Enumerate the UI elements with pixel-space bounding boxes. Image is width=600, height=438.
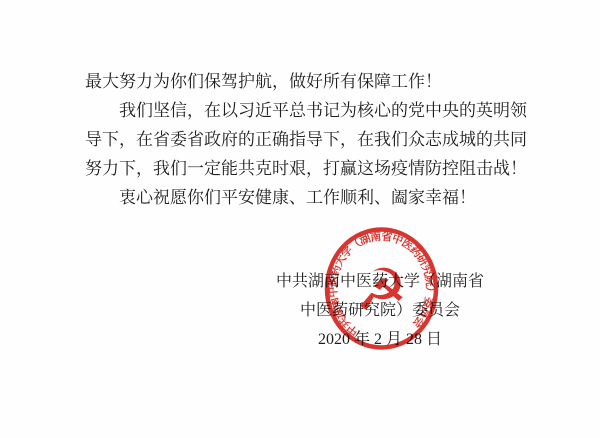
letter-body: 最大努力为你们保驾护航，做好所有保障工作！ 我们坚信，在以习近平总书记为核心的党… xyxy=(85,67,545,212)
hammer-sickle-icon: ☭ xyxy=(356,256,408,324)
body-line: 我们坚信，在以习近平总书记为核心的党中央的英明领 xyxy=(85,96,545,125)
letter-page: 最大努力为你们保驾护航，做好所有保障工作！ 我们坚信，在以习近平总书记为核心的党… xyxy=(0,0,600,438)
body-line: 最大努力为你们保驾护航，做好所有保障工作！ xyxy=(85,67,545,96)
official-seal: 中共湖南中医药大学（湖南省中医药研究院）委员会 ☭ xyxy=(318,222,445,355)
body-line: 努力下，我们一定能共克时艰，打赢这场疫情防控阻击战！ xyxy=(85,154,545,183)
body-line: 衷心祝愿你们平安健康、工作顺利、阖家幸福！ xyxy=(85,183,545,212)
body-line: 导下，在省委省政府的正确指导下，在我们众志成城的共同 xyxy=(85,125,545,154)
